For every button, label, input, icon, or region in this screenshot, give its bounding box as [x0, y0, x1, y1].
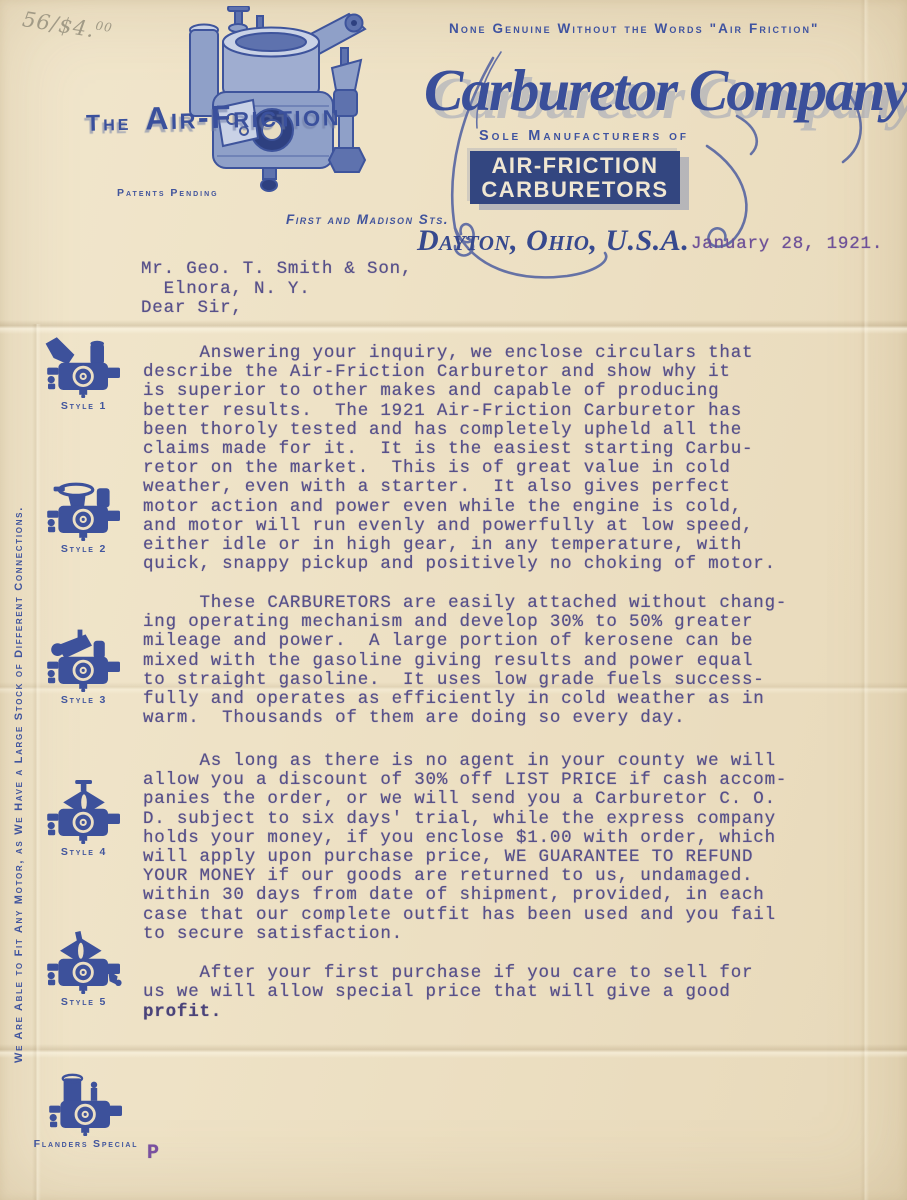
flanders-special-label: Flanders Special: [34, 1138, 139, 1150]
pencil-price-main: 56/$4.: [21, 7, 97, 42]
typist-initial-mark: P: [147, 1144, 160, 1163]
style-figure-4: Style 4: [34, 780, 134, 858]
carburetor-style-3-icon: [42, 628, 126, 692]
fold-crease-bottom: [0, 1044, 907, 1058]
recipient-block: Mr. Geo. T. Smith & Son, Elnora, N. Y. D…: [141, 260, 412, 319]
style-figure-1: Style 1: [34, 334, 134, 412]
style-5-label: Style 5: [61, 996, 107, 1008]
company-script-wordmark: Carburetor Company: [424, 56, 907, 125]
city-address: Dayton, Ohio, U.S.A.: [417, 224, 689, 258]
letter-page: 56/$4.00: [0, 0, 907, 1200]
letter-date: January 28, 1921.: [691, 235, 883, 254]
patents-pending-note: Patents Pending: [117, 187, 219, 199]
sole-manufacturers-line: Sole Manufacturers of: [479, 128, 689, 144]
body-paragraph-2: These CARBURETORS are easily attached wi…: [143, 594, 787, 728]
style-1-label: Style 1: [61, 400, 107, 412]
product-box-line1: AIR-FRICTION: [491, 154, 658, 178]
style-4-label: Style 4: [61, 846, 107, 858]
carburetor-style-2-icon: [42, 477, 126, 541]
carburetor-flanders-special-icon: [44, 1072, 128, 1136]
body-paragraph-1: Answering your inquiry, we enclose circu…: [143, 344, 776, 574]
pencil-price-cents: 00: [95, 19, 114, 36]
style-figure-flanders: Flanders Special: [26, 1072, 146, 1150]
genuine-tagline: None Genuine Without the Words "Air Fric…: [449, 21, 820, 36]
body-paragraph-4: After your first purchase if you care to…: [143, 964, 753, 1002]
style-3-label: Style 3: [61, 694, 107, 706]
brand-name: Air-Friction: [145, 96, 342, 137]
carburetor-style-5-icon: [42, 930, 126, 994]
carburetor-style-4-icon: [42, 780, 126, 844]
fold-crease-left-vertical: [32, 324, 41, 1200]
pencil-price-note: 56/$4.00: [21, 7, 114, 45]
product-box: AIR-FRICTION CARBURETORS: [470, 151, 680, 204]
sidebar-vertical-slogan: We Are Able to Fit Any Motor, as We Have…: [13, 413, 25, 1063]
style-figure-3: Style 3: [34, 628, 134, 706]
product-box-line2: CARBURETORS: [481, 178, 668, 202]
carburetor-style-1-icon: [42, 334, 126, 398]
body-paragraph-4-emphasis: profit.: [143, 1003, 222, 1022]
style-2-label: Style 2: [61, 543, 107, 555]
brand-the: The: [86, 109, 132, 137]
brand-wordmark: The Air-Friction: [86, 96, 342, 139]
body-paragraph-3: As long as there is no agent in your cou…: [143, 752, 787, 944]
style-figure-2: Style 2: [34, 477, 134, 555]
style-figure-5: Style 5: [34, 930, 134, 1008]
